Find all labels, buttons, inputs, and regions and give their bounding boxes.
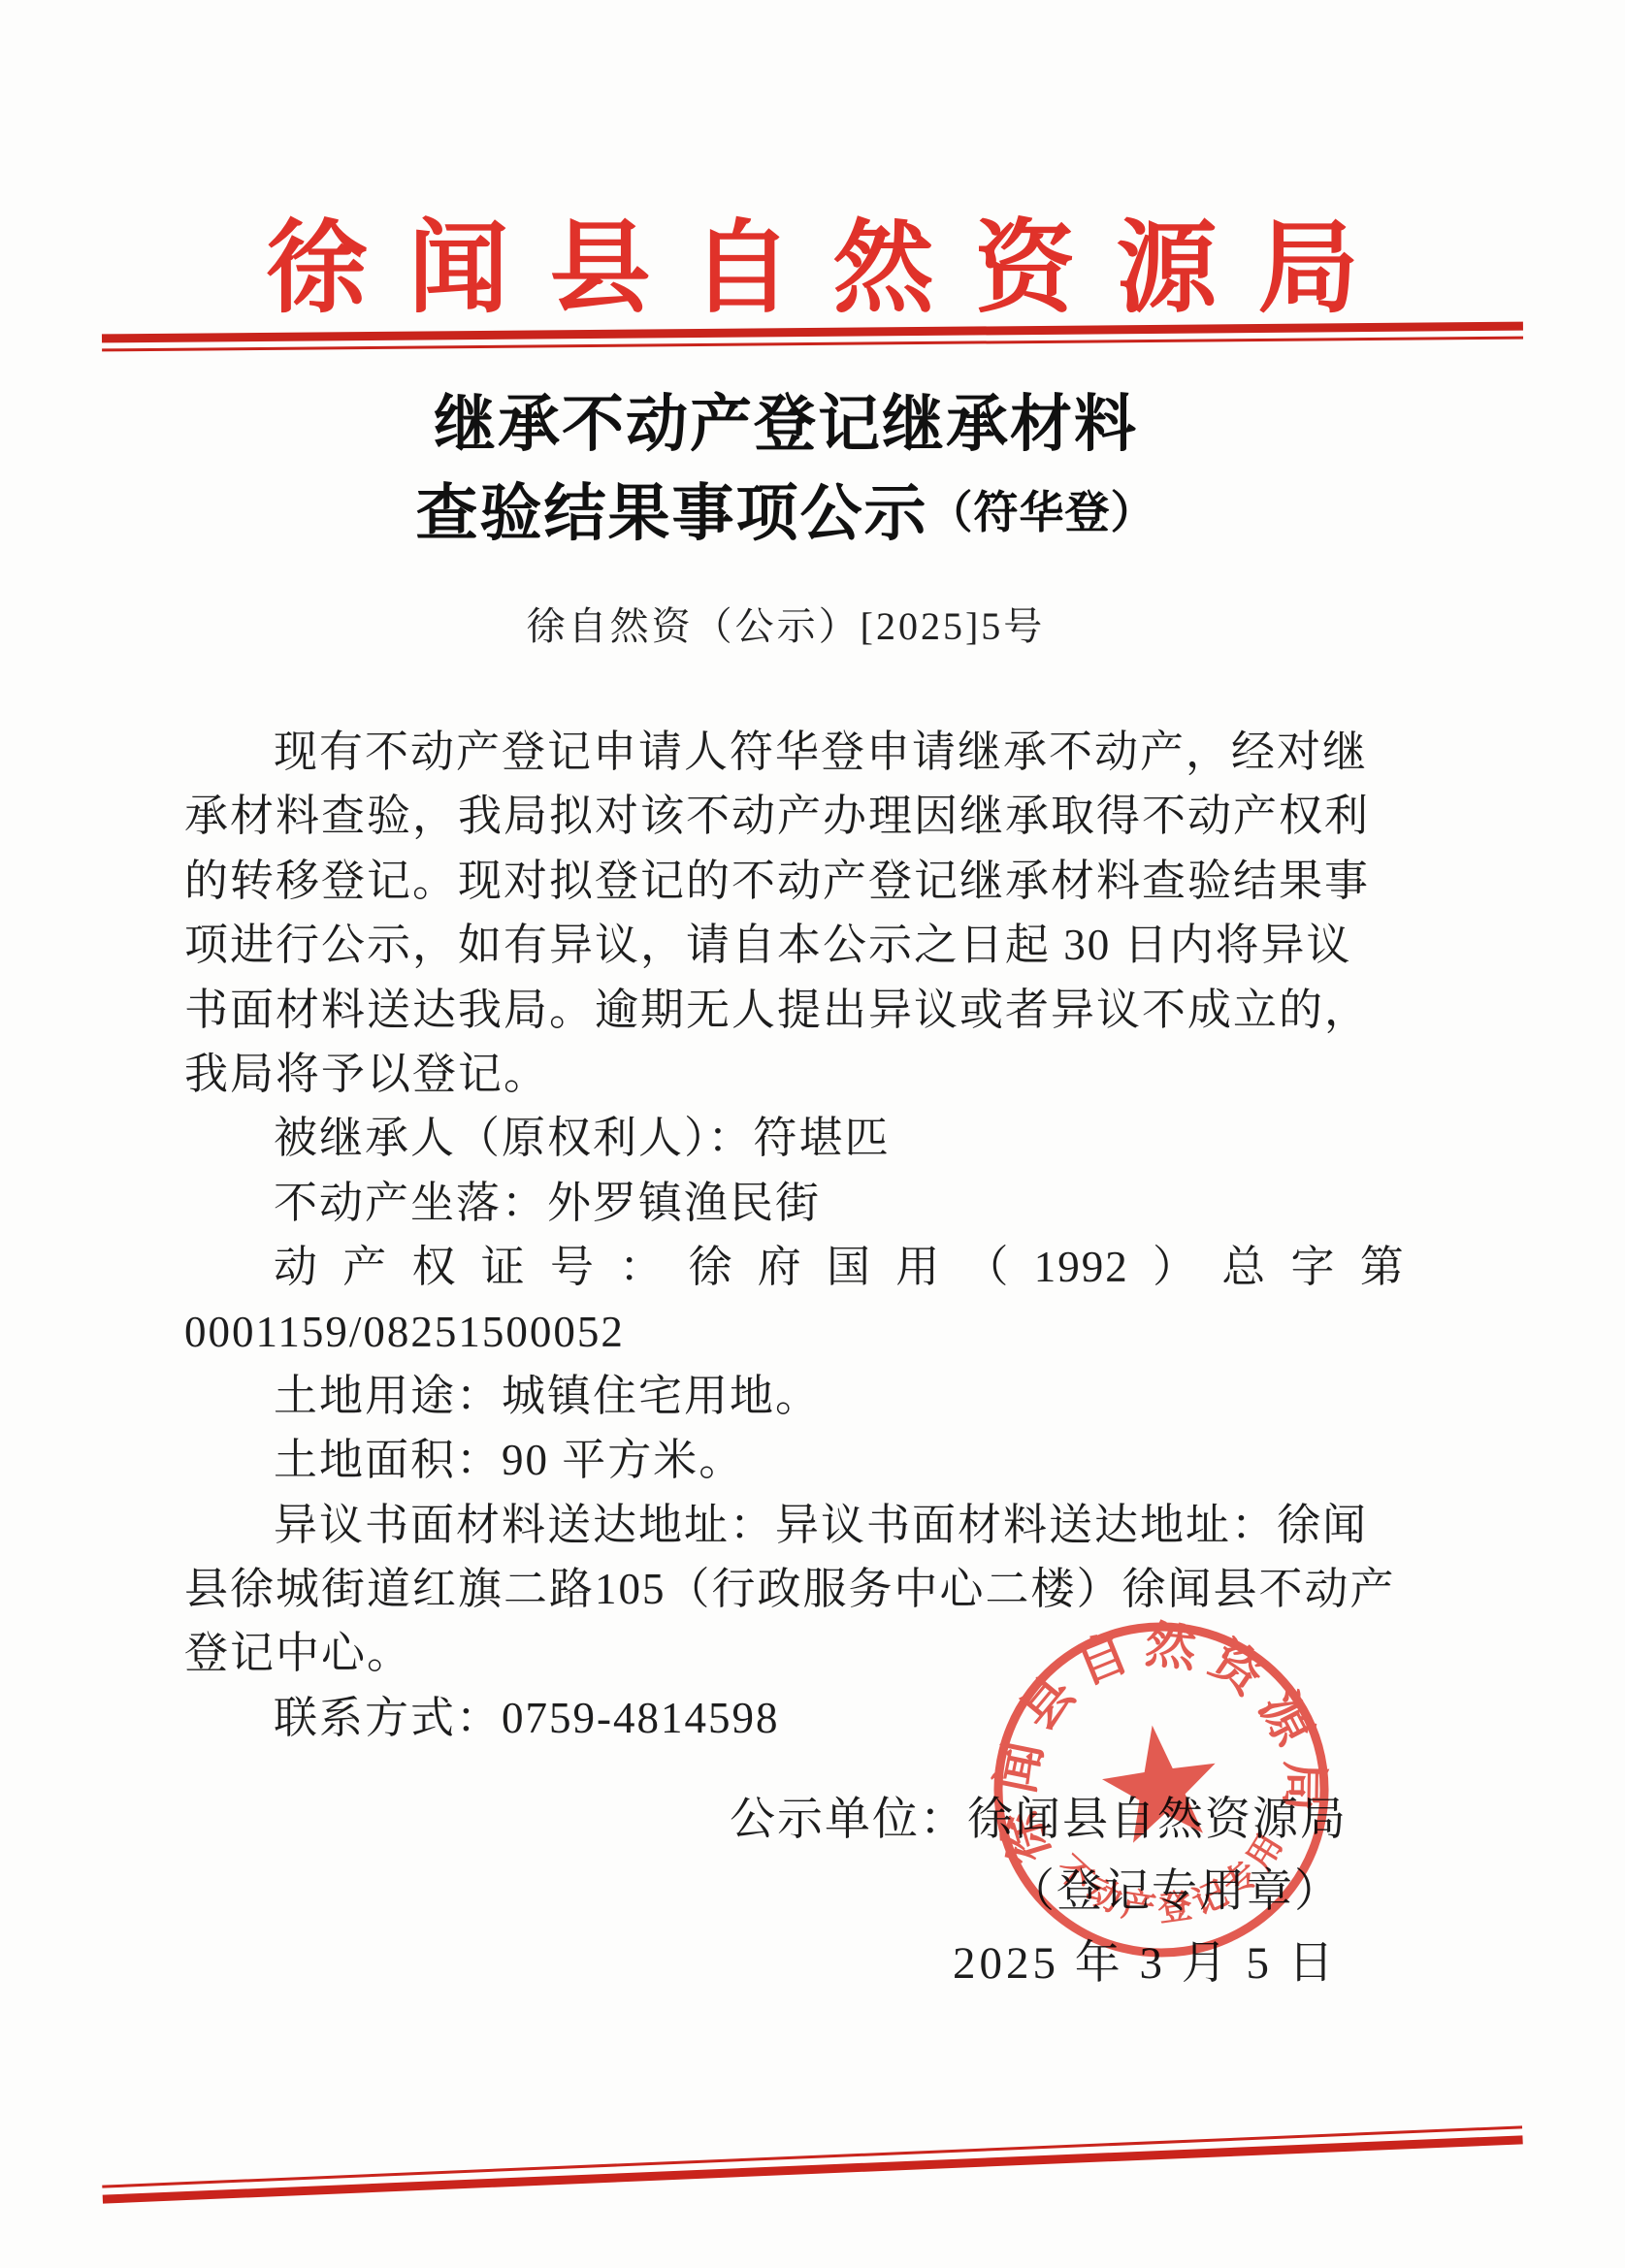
body-line-certificate-number-continued: 0001159/08251500052 — [184, 1300, 1387, 1364]
body-line: 书面材料送达我局。逾期无人提出异议或者异议不成立的， — [184, 978, 1387, 1042]
body-line: 我局将予以登记。 — [184, 1042, 1387, 1106]
document-body: 现有不动产登记申请人符华登申请继承不动产，经对继 承材料查验，我局拟对该不动产办… — [184, 720, 1387, 1750]
document-reference-number: 徐自然资（公示）[2025]5号 — [184, 596, 1387, 651]
body-line: 现有不动产登记申请人符华登申请继承不动产，经对继 — [184, 720, 1387, 784]
closing-issuing-unit: 公示单位：徐闻县自然资源局 — [730, 1783, 1348, 1848]
footer-divider-thick-line — [103, 2135, 1523, 2203]
closing-date: 2025 年 3 月 5 日 — [953, 1927, 1338, 1992]
body-line-property-location: 不动产坐落：外罗镇渔民街 — [184, 1171, 1387, 1235]
scanned-official-notice-page: 徐闻县自然资源局 继承不动产登记继承材料 查验结果事项公示（符华登） 徐自然资（… — [0, 0, 1625, 2268]
body-line-objection-address-continued: 县徐城街道红旗二路105（行政服务中心二楼）徐闻县不动产 — [184, 1557, 1387, 1621]
body-line-objection-address-end: 登记中心。 — [184, 1621, 1387, 1685]
footer-divider — [102, 2125, 1523, 2203]
body-line-contact-phone: 联系方式：0759-4814598 — [184, 1686, 1387, 1750]
document-title-line2: 查验结果事项公示（符华登） — [184, 464, 1387, 553]
body-line: 项进行公示，如有异议，请自本公示之日起 30 日内将异议 — [184, 913, 1387, 977]
body-line: 的转移登记。现对拟登记的不动产登记继承材料查验结果事 — [184, 849, 1387, 913]
document-title-line2-main: 查验结果事项公示 — [416, 478, 928, 548]
document-title-line1: 继承不动产登记继承材料 — [184, 374, 1387, 464]
document-title-line2-applicant-name: （符华登） — [928, 487, 1156, 537]
body-line: 承材料查验，我局拟对该不动产办理因继承取得不动产权利 — [184, 784, 1387, 848]
body-line-objection-address: 异议书面材料送达地址：异议书面材料送达地址：徐闻 — [184, 1493, 1387, 1557]
body-line-land-use: 土地用途：城镇住宅用地。 — [184, 1364, 1387, 1428]
agency-header-title: 徐闻县自然资源局 — [0, 186, 1625, 332]
footer-divider-thin-line — [102, 2125, 1522, 2187]
body-line-land-area: 土地面积：90 平方米。 — [184, 1428, 1387, 1492]
closing-seal-note: （登记专用章） — [1009, 1855, 1342, 1920]
body-line-decedent: 被继承人（原权利人）：符堪匹 — [184, 1106, 1387, 1170]
body-line-certificate-number: 动 产 权 证 号 ： 徐 府 国 用 （ 1992 ） 总 字 第 — [184, 1235, 1387, 1299]
